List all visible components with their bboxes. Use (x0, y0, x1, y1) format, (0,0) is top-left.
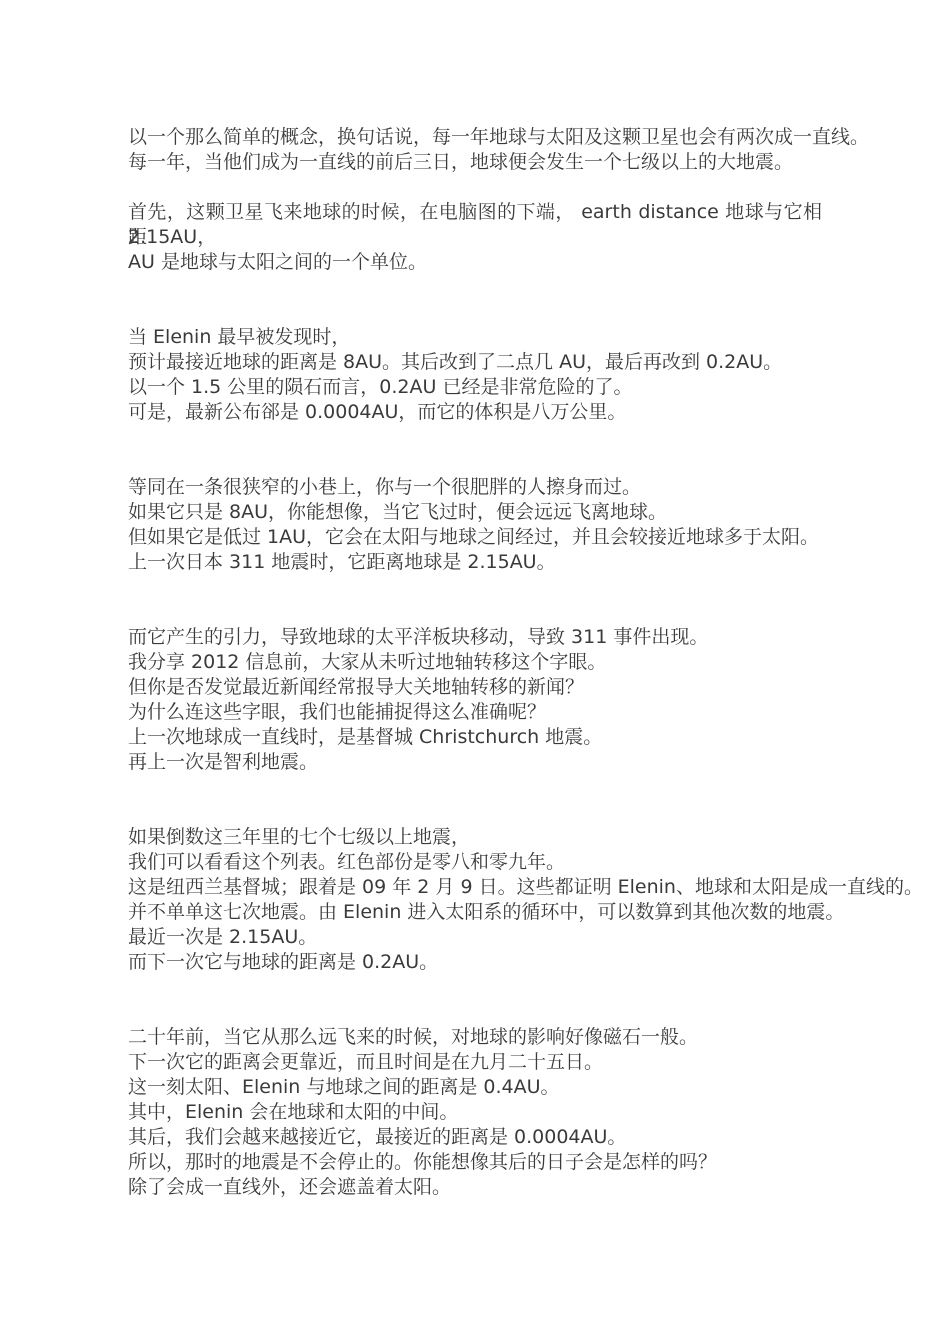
paragraph-2: 首先，这颗卫星飞来地球的时候，在电脑图的下端， earth distance 地… (128, 200, 822, 275)
text-line: 并不单单这七次地震。由 Elenin 进入太阳系的循环中，可以数算到其他次数的地… (128, 900, 822, 925)
text-line: 而下一次它与地球的距离是 0.2AU。 (128, 950, 822, 975)
paragraph-6: 如果倒数这三年里的七个七级以上地震， 我们可以看看这个列表。红色部份是零八和零九… (128, 825, 822, 975)
paragraph-4: 等同在一条很狭窄的小巷上，你与一个很肥胖的人擦身而过。 如果它只是 8AU，你能… (128, 475, 822, 575)
text-line: 而它产生的引力，导致地球的太平洋板块移动，导致 311 事件出现。 (128, 625, 822, 650)
document-page: 以一个那么简单的概念，换句话说，每一年地球与太阳及这颗卫星也会有两次成一直线。 … (0, 0, 950, 1344)
text-line: 这一刻太阳、Elenin 与地球之间的距离是 0.4AU。 (128, 1075, 822, 1100)
text-line: 以一个那么简单的概念，换句话说，每一年地球与太阳及这颗卫星也会有两次成一直线。 (128, 125, 822, 150)
paragraph-1: 以一个那么简单的概念，换句话说，每一年地球与太阳及这颗卫星也会有两次成一直线。 … (128, 125, 822, 175)
text-line: 下一次它的距离会更靠近，而且时间是在九月二十五日。 (128, 1050, 822, 1075)
text-line: 其中，Elenin 会在地球和太阳的中间。 (128, 1100, 822, 1125)
text-line: 如果倒数这三年里的七个七级以上地震， (128, 825, 822, 850)
text-line: 所以，那时的地震是不会停止的。你能想像其后的日子会是怎样的吗？ (128, 1150, 822, 1175)
text-line: 首先，这颗卫星飞来地球的时候，在电脑图的下端， earth distance 地… (128, 200, 822, 225)
text-line: 但你是否发觉最近新闻经常报导大关地轴转移的新闻？ (128, 675, 822, 700)
text-line: 最近一次是 2.15AU。 (128, 925, 822, 950)
paragraph-3: 当 Elenin 最早被发现时， 预计最接近地球的距离是 8AU。其后改到了二点… (128, 325, 822, 425)
text-line: 以一个 1.5 公里的陨石而言，0.2AU 已经是非常危险的了。 (128, 375, 822, 400)
text-line: 当 Elenin 最早被发现时， (128, 325, 822, 350)
text-line: 我们可以看看这个列表。红色部份是零八和零九年。 (128, 850, 822, 875)
text-line: 除了会成一直线外，还会遮盖着太阳。 (128, 1175, 822, 1200)
text-line: 这是纽西兰基督城；跟着是 09 年 2 月 9 日。这些都证明 Elenin、地… (128, 875, 822, 900)
text-line: 上一次地球成一直线时，是基督城 Christchurch 地震。 (128, 725, 822, 750)
text-line: 其后，我们会越来越接近它，最接近的距离是 0.0004AU。 (128, 1125, 822, 1150)
text-line: 如果它只是 8AU，你能想像，当它飞过时，便会远远飞离地球。 (128, 500, 822, 525)
text-line: AU 是地球与太阳之间的一个单位。 (128, 250, 822, 275)
text-line: 二十年前，当它从那么远飞来的时候，对地球的影响好像磁石一般。 (128, 1025, 822, 1050)
text-line: 2.15AU， (128, 225, 822, 250)
text-line: 但如果它是低过 1AU，它会在太阳与地球之间经过，并且会较接近地球多于太阳。 (128, 525, 822, 550)
text-line: 等同在一条很狭窄的小巷上，你与一个很肥胖的人擦身而过。 (128, 475, 822, 500)
text-line: 每一年，当他们成为一直线的前后三日，地球便会发生一个七级以上的大地震。 (128, 150, 822, 175)
text-line: 预计最接近地球的距离是 8AU。其后改到了二点几 AU，最后再改到 0.2AU。 (128, 350, 822, 375)
text-line: 可是，最新公布郤是 0.0004AU，而它的体积是八万公里。 (128, 400, 822, 425)
text-line: 上一次日本 311 地震时，它距离地球是 2.15AU。 (128, 550, 822, 575)
text-line: 为什么连这些字眼，我们也能捕捉得这么准确呢？ (128, 700, 822, 725)
paragraph-5: 而它产生的引力，导致地球的太平洋板块移动，导致 311 事件出现。 我分享 20… (128, 625, 822, 775)
paragraph-7: 二十年前，当它从那么远飞来的时候，对地球的影响好像磁石一般。 下一次它的距离会更… (128, 1025, 822, 1200)
text-line: 我分享 2012 信息前，大家从未听过地轴转移这个字眼。 (128, 650, 822, 675)
document-content: 以一个那么简单的概念，换句话说，每一年地球与太阳及这颗卫星也会有两次成一直线。 … (0, 0, 822, 1200)
text-line: 再上一次是智利地震。 (128, 750, 822, 775)
